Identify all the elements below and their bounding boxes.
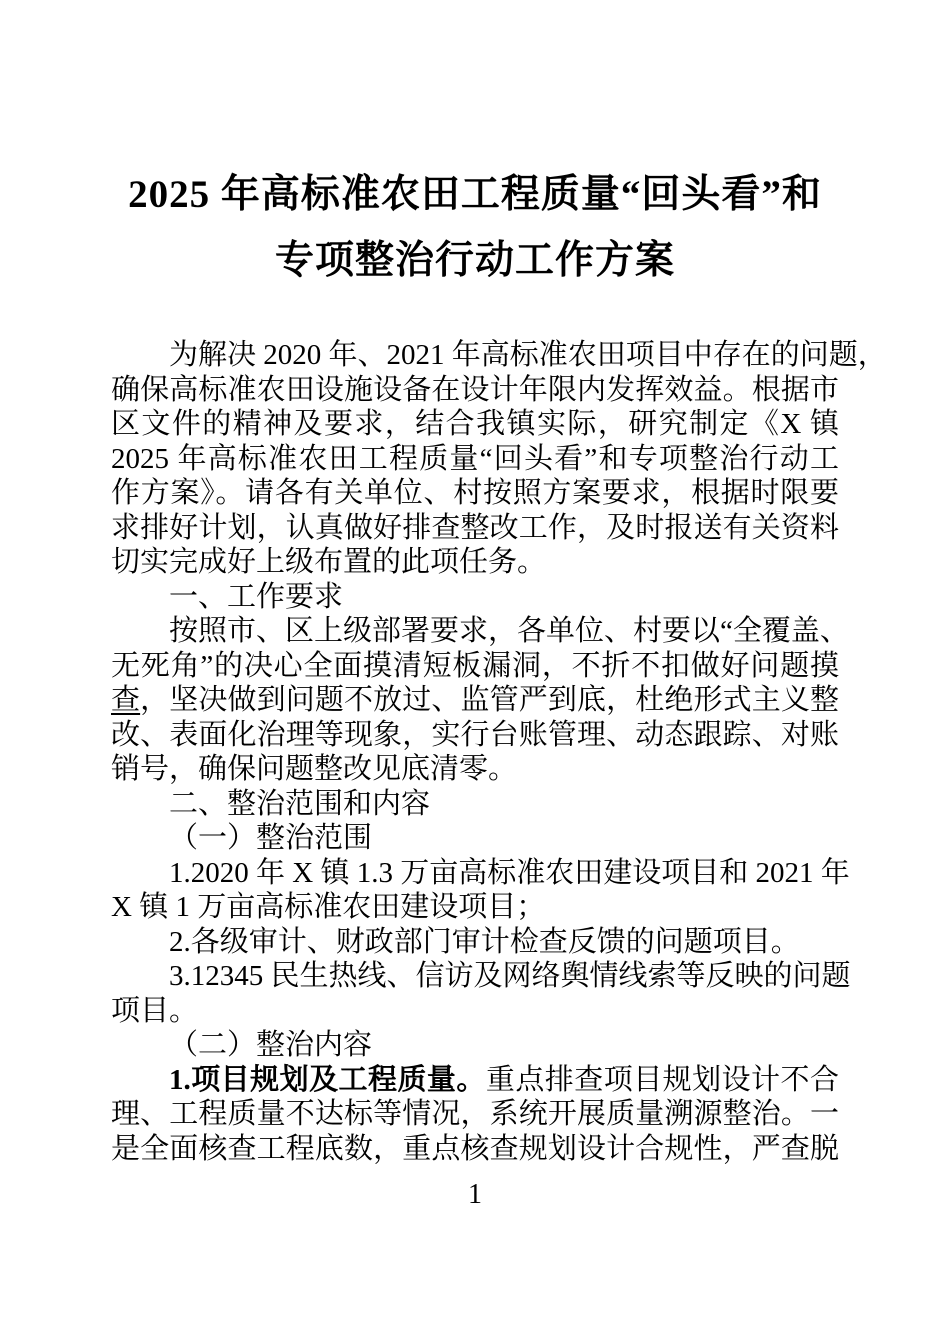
text-line: 销号，确保问题整改见底清零。 [111, 752, 839, 787]
underlined-text: 查 [111, 684, 140, 716]
text-segment: 求排好计划，认真做好排查整改工作，及时报送有关资料 [111, 512, 839, 544]
document-body: 为解决 2020 年、2021 年高标准农田项目中存在的问题，确保高标准农田设施… [111, 338, 839, 1166]
scope-item-2: 2.各级审计、财政部门审计检查反馈的问题项目。 [111, 925, 839, 960]
heading-line: （一）整治范围 [111, 821, 839, 856]
text-segment: 2025 年高标准农田工程质量“回头看”和专项整治行动工 [111, 443, 839, 475]
document-title: 2025 年高标准农田工程质量“回头看”和 专项整治行动工作方案 [70, 162, 880, 294]
text-line: 确保高标准农田设施设备在设计年限内发挥效益。根据市 [111, 373, 839, 408]
text-segment: 1.2020 年 X 镇 1.3 万亩高标准农田建设项目和 2021 年 [169, 857, 850, 889]
text-segment: （二）整治内容 [169, 1029, 372, 1061]
heading-line: （二）整治内容 [111, 1028, 839, 1063]
scope-item-3: 3.12345 民生热线、信访及网络舆情线索等反映的问题项目。 [111, 959, 839, 1028]
text-line: 按照市、区上级部署要求，各单位、村要以“全覆盖、 [111, 614, 839, 649]
text-segment: 销号，确保问题整改见底清零。 [111, 753, 517, 785]
text-segment: 为解决 2020 年、2021 年高标准农田项目中存在的问题， [169, 339, 887, 371]
title-line-1: 2025 年高标准农田工程质量“回头看”和 [70, 162, 880, 228]
text-line: 区文件的精神及要求，结合我镇实际，研究制定《X 镇 [111, 407, 839, 442]
text-segment: 一、工作要求 [169, 581, 343, 613]
text-segment: 改、表面化治理等现象，实行台账管理、动态跟踪、对账 [111, 719, 839, 751]
text-line: 为解决 2020 年、2021 年高标准农田项目中存在的问题， [111, 338, 839, 373]
text-line: 改、表面化治理等现象，实行台账管理、动态跟踪、对账 [111, 718, 839, 753]
bold-text: 1.项目规划及工程质量。 [169, 1064, 486, 1096]
heading-2-scope-and-content: 二、整治范围和内容 [111, 787, 839, 822]
heading-line: 二、整治范围和内容 [111, 787, 839, 822]
heading-2-2-content: （二）整治内容 [111, 1028, 839, 1063]
text-segment: 切实完成好上级布置的此项任务。 [111, 546, 546, 578]
text-segment: 确保高标准农田设施设备在设计年限内发挥效益。根据市 [111, 374, 839, 406]
text-line: 1.项目规划及工程质量。重点排查项目规划设计不合 [111, 1063, 839, 1098]
text-line: X 镇 1 万亩高标准农田建设项目； [111, 890, 839, 925]
text-segment: ，坚决做到问题不放过、监管严到底，杜绝形式主义整 [140, 684, 839, 716]
text-segment: （一）整治范围 [169, 822, 372, 854]
text-line: 求排好计划，认真做好排查整改工作，及时报送有关资料 [111, 511, 839, 546]
text-line: 作方案》。请各有关单位、村按照方案要求，根据时限要 [111, 476, 839, 511]
text-segment: X 镇 1 万亩高标准农田建设项目； [111, 891, 545, 923]
text-line: 是全面核查工程底数，重点核查规划设计合规性，严查脱 [111, 1132, 839, 1167]
document-page: 2025 年高标准农田工程质量“回头看”和 专项整治行动工作方案 为解决 202… [0, 0, 950, 1344]
page-number: 1 [0, 1178, 950, 1212]
heading-line: 一、工作要求 [111, 580, 839, 615]
content-item-1: 1.项目规划及工程质量。重点排查项目规划设计不合理、工程质量不达标等情况，系统开… [111, 1063, 839, 1167]
text-segment: 重点排查项目规划设计不合 [486, 1064, 839, 1096]
intro-paragraph: 为解决 2020 年、2021 年高标准农田项目中存在的问题，确保高标准农田设施… [111, 338, 839, 580]
text-segment: 理、工程质量不达标等情况，系统开展质量溯源整治。一 [111, 1098, 839, 1130]
text-line: 查，坚决做到问题不放过、监管严到底，杜绝形式主义整 [111, 683, 839, 718]
text-line: 2.各级审计、财政部门审计检查反馈的问题项目。 [111, 925, 839, 960]
text-line: 3.12345 民生热线、信访及网络舆情线索等反映的问题 [111, 959, 839, 994]
heading-2-1-scope: （一）整治范围 [111, 821, 839, 856]
text-segment: 项目。 [111, 995, 198, 1027]
text-line: 理、工程质量不达标等情况，系统开展质量溯源整治。一 [111, 1097, 839, 1132]
text-line: 1.2020 年 X 镇 1.3 万亩高标准农田建设项目和 2021 年 [111, 856, 839, 891]
title-line-2: 专项整治行动工作方案 [70, 228, 880, 294]
text-segment: 3.12345 民生热线、信访及网络舆情线索等反映的问题 [169, 960, 851, 992]
text-line: 项目。 [111, 994, 839, 1029]
text-segment: 二、整治范围和内容 [169, 788, 430, 820]
work-requirements-paragraph: 按照市、区上级部署要求，各单位、村要以“全覆盖、无死角”的决心全面摸清短板漏洞，… [111, 614, 839, 787]
text-segment: 按照市、区上级部署要求，各单位、村要以“全覆盖、 [169, 615, 849, 647]
text-segment: 作方案》。请各有关单位、村按照方案要求，根据时限要 [111, 477, 839, 509]
text-line: 无死角”的决心全面摸清短板漏洞，不折不扣做好问题摸 [111, 649, 839, 684]
text-line: 切实完成好上级布置的此项任务。 [111, 545, 839, 580]
text-segment: 区文件的精神及要求，结合我镇实际，研究制定《X 镇 [111, 408, 839, 440]
text-line: 2025 年高标准农田工程质量“回头看”和专项整治行动工 [111, 442, 839, 477]
text-segment: 无死角”的决心全面摸清短板漏洞，不折不扣做好问题摸 [111, 650, 839, 682]
text-segment: 2.各级审计、财政部门审计检查反馈的问题项目。 [169, 926, 800, 958]
heading-1-work-requirements: 一、工作要求 [111, 580, 839, 615]
scope-item-1: 1.2020 年 X 镇 1.3 万亩高标准农田建设项目和 2021 年X 镇 … [111, 856, 839, 925]
text-segment: 是全面核查工程底数，重点核查规划设计合规性，严查脱 [111, 1133, 839, 1165]
